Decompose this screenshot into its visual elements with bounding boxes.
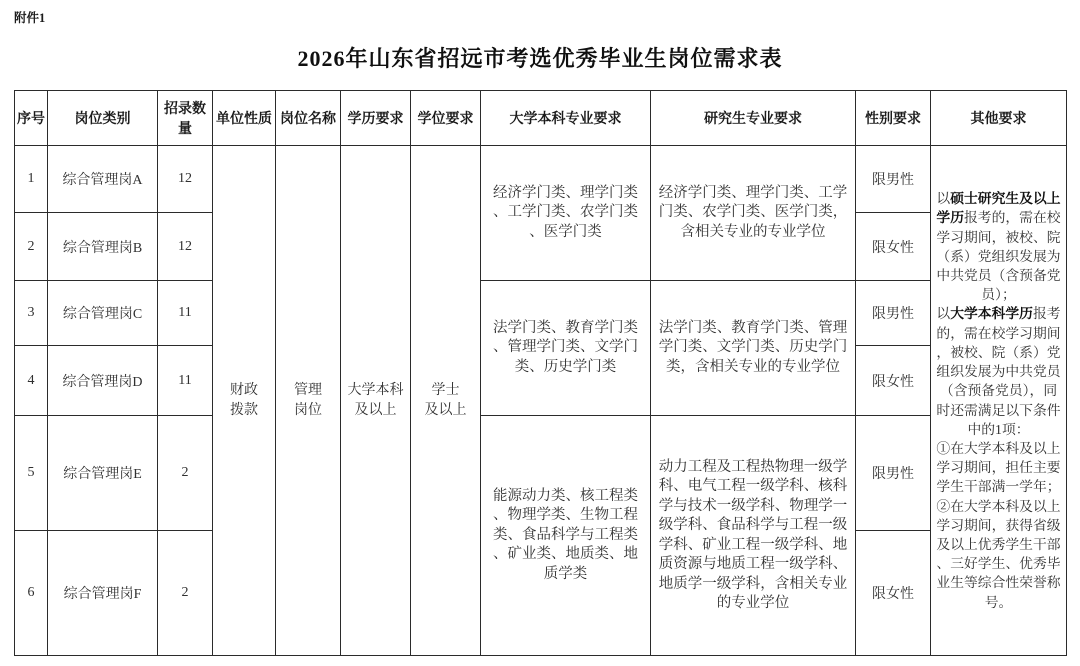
cell-seq: 1 [15, 146, 48, 213]
cell-bachelor-major-group3: 能源动力类、核工程类、物理学类、生物工程类、食品科学与工程类、矿业类、地质类、地… [481, 416, 651, 656]
cell-category: 综合管理岗C [48, 281, 158, 346]
col-header-count: 招录数量 [158, 91, 213, 146]
cell-seq: 2 [15, 213, 48, 281]
cell-gender: 限男性 [856, 281, 931, 346]
cell-position-name: 管理 岗位 [276, 146, 341, 656]
col-header-degree: 学位要求 [411, 91, 481, 146]
cell-gender: 限女性 [856, 531, 931, 656]
cell-category: 综合管理岗F [48, 531, 158, 656]
cell-unit-nature: 财政 拨款 [213, 146, 276, 656]
document-page: 附件1 2026年山东省招远市考选优秀毕业生岗位需求表 序号 岗位类别 招录数量… [0, 0, 1080, 666]
cell-other-requirements: 以硕士研究生及以上学历报考的，需在校学习期间，被校、院（系）党组织发展为中共党员… [931, 146, 1067, 656]
attachment-label: 附件1 [14, 8, 45, 26]
cell-seq: 4 [15, 346, 48, 416]
col-header-other: 其他要求 [931, 91, 1067, 146]
cell-graduate-major-group3: 动力工程及工程热物理一级学科、电气工程一级学科、核科学与技术一级学科、物理学一级… [651, 416, 856, 656]
cell-gender: 限男性 [856, 146, 931, 213]
other-req-text: 报考的，需在校学习期间，被校、院（系）党组织发展为中共党员（含预备党员），同时还… [936, 306, 1060, 436]
cell-gender: 限男性 [856, 416, 931, 531]
other-req-paragraph-2: 以大学本科学历报考的，需在校学习期间，被校、院（系）党组织发展为中共党员（含预备… [936, 304, 1061, 438]
cell-count: 11 [158, 346, 213, 416]
cell-seq: 5 [15, 416, 48, 531]
table-row: 5 综合管理岗E 2 能源动力类、核工程类、物理学类、生物工程类、食品科学与工程… [15, 416, 1067, 531]
cell-gender: 限女性 [856, 346, 931, 416]
cell-gender: 限女性 [856, 213, 931, 281]
cell-seq: 3 [15, 281, 48, 346]
col-header-education: 学历要求 [341, 91, 411, 146]
table-row: 1 综合管理岗A 12 财政 拨款 管理 岗位 大学本科 及以上 学士 及以上 … [15, 146, 1067, 213]
cell-category: 综合管理岗B [48, 213, 158, 281]
col-header-graduate-major: 研究生专业要求 [651, 91, 856, 146]
other-req-bold-bachelor: 大学本科学历 [950, 306, 1033, 321]
table-row: 3 综合管理岗C 11 法学门类、教育学门类、管理学门类、文学门类、历史学门类 … [15, 281, 1067, 346]
cell-category: 综合管理岗E [48, 416, 158, 531]
other-req-text: 以 [936, 191, 950, 206]
other-req-item-1: ①在大学本科及以上学习期间，担任主要学生干部满一学年； [936, 439, 1061, 497]
cell-count: 12 [158, 146, 213, 213]
cell-count: 12 [158, 213, 213, 281]
col-header-category: 岗位类别 [48, 91, 158, 146]
other-req-text: 以 [936, 306, 950, 321]
cell-category: 综合管理岗A [48, 146, 158, 213]
cell-seq: 6 [15, 531, 48, 656]
col-header-seq: 序号 [15, 91, 48, 146]
cell-bachelor-major-group1: 经济学门类、理学门类、工学门类、农学门类、医学门类 [481, 146, 651, 281]
cell-category: 综合管理岗D [48, 346, 158, 416]
col-header-gender: 性别要求 [856, 91, 931, 146]
col-header-bachelor-major: 大学本科专业要求 [481, 91, 651, 146]
other-req-paragraph-1: 以硕士研究生及以上学历报考的，需在校学习期间，被校、院（系）党组织发展为中共党员… [936, 189, 1061, 304]
other-req-item-2: ②在大学本科及以上学习期间，获得省级及以上优秀学生干部、三好学生、优秀毕业生等综… [936, 497, 1061, 612]
position-demand-table: 序号 岗位类别 招录数量 单位性质 岗位名称 学历要求 学位要求 大学本科专业要… [14, 90, 1067, 656]
col-header-unit-nature: 单位性质 [213, 91, 276, 146]
cell-graduate-major-group1: 经济学门类、理学门类、工学门类、农学门类、医学门类，含相关专业的专业学位 [651, 146, 856, 281]
header-row: 序号 岗位类别 招录数量 单位性质 岗位名称 学历要求 学位要求 大学本科专业要… [15, 91, 1067, 146]
cell-graduate-major-group2: 法学门类、教育学门类、管理学门类、文学门类、历史学门类，含相关专业的专业学位 [651, 281, 856, 416]
page-title: 2026年山东省招远市考选优秀毕业生岗位需求表 [0, 42, 1080, 73]
col-header-position-name: 岗位名称 [276, 91, 341, 146]
cell-degree: 学士 及以上 [411, 146, 481, 656]
cell-count: 11 [158, 281, 213, 346]
cell-count: 2 [158, 531, 213, 656]
cell-count: 2 [158, 416, 213, 531]
cell-education: 大学本科 及以上 [341, 146, 411, 656]
cell-bachelor-major-group2: 法学门类、教育学门类、管理学门类、文学门类、历史学门类 [481, 281, 651, 416]
